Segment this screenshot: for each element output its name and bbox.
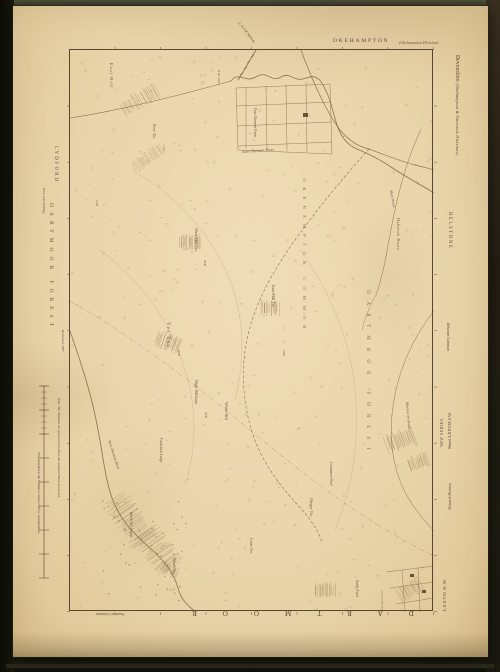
scale-bar (26, 380, 66, 590)
map-feature-label: East Okement Farm (252, 108, 256, 137)
top-margin-division-note: (Okehampton Division) (399, 41, 438, 45)
photo-background-right (486, 0, 500, 672)
map-feature-label: Halstock Down (396, 218, 400, 251)
map-feature-label: 1500 (282, 350, 285, 356)
map-feature-label: West Okement River (106, 440, 119, 470)
map-feature-label: 1345 (95, 200, 98, 206)
map-feature-label: Black-a-ven Brook (404, 402, 410, 429)
map-feature-label: Row Tor (152, 124, 156, 139)
bottom-margin-left-note: Sourton Common (96, 612, 124, 616)
map-feature-label: 1791 (162, 145, 165, 151)
bottom-margin-area-name: DARTMOOR (158, 609, 422, 616)
map-feature-label: Black Tor (172, 558, 176, 575)
map-feature-label: 2049 (203, 260, 206, 266)
right-margin-parish-note: Belstone Common (445, 323, 449, 351)
right-margin-parish-label: BELSTONE (447, 212, 452, 249)
price-note: Price One Shilling. (42, 188, 45, 214)
photo-background-left (0, 0, 14, 672)
map-feature-label: DARTMOOR FOREST (365, 290, 370, 458)
map-neatline: East HillB.M. 1263.7East Okement FarmEas… (69, 49, 433, 611)
map-feature-label: East Mill Tor (271, 285, 275, 307)
map-feature-label: Moor Brook (388, 190, 395, 208)
map-feature-label: 2039 (204, 412, 207, 418)
table-edge-highlight (6, 664, 494, 668)
revision-note: Revised in 1897 (61, 330, 64, 352)
map-feature-label: Fordsland Ledge (158, 438, 162, 463)
map-feature-label: 2030 (177, 350, 180, 356)
map-feature-label: Sandy Ford (354, 580, 358, 597)
map-feature-label: East Hill (108, 63, 113, 88)
county-divisions-note: (Okehampton & Tavistock Divisions) (455, 83, 460, 155)
series-label: NEW SERIES. (440, 417, 444, 447)
county-title: Devonshire (Okehampton & Tavistock Divis… (453, 55, 459, 155)
adjoining-sheet-label: LXXVII N.W. (443, 578, 448, 611)
map-feature-label: Cranmere Pool (328, 462, 332, 485)
map-labels-layer: East HillB.M. 1263.7East Okement FarmEas… (70, 50, 434, 612)
map-feature-label: Black Tor Copse (128, 512, 132, 537)
map-feature-label: Dinger Tor (309, 498, 313, 516)
paper-curl-shadow (13, 632, 488, 657)
map-feature-label: OKEHAMPTON COMMON (301, 178, 306, 334)
map-feature-label: East Okement River (242, 148, 274, 154)
map-feature-label: B.M. 1263.7 (217, 70, 220, 85)
map-feature-label: White Hill (224, 402, 228, 420)
right-margin-division-note: Tavistock Division (449, 483, 453, 510)
left-margin-area-name: DARTMOOR FOREST (48, 203, 54, 331)
map-photo-scene: East HillB.M. 1263.7East Okement FarmEas… (0, 0, 500, 672)
sheet-number-label: Sheet LXXVII S.W. (448, 412, 453, 449)
county-name: Devonshire (454, 55, 460, 82)
map-feature-label: Lints Tor (249, 538, 253, 553)
map-feature-label: High Willhays (194, 380, 198, 404)
top-margin-parish-label: OKEHAMPTON (333, 39, 389, 45)
map-feature-label: Yes Tor (165, 322, 170, 348)
map-feature-label: West Mill Tor (194, 228, 198, 251)
left-margin-parish-label: LYDFORD (53, 146, 58, 183)
